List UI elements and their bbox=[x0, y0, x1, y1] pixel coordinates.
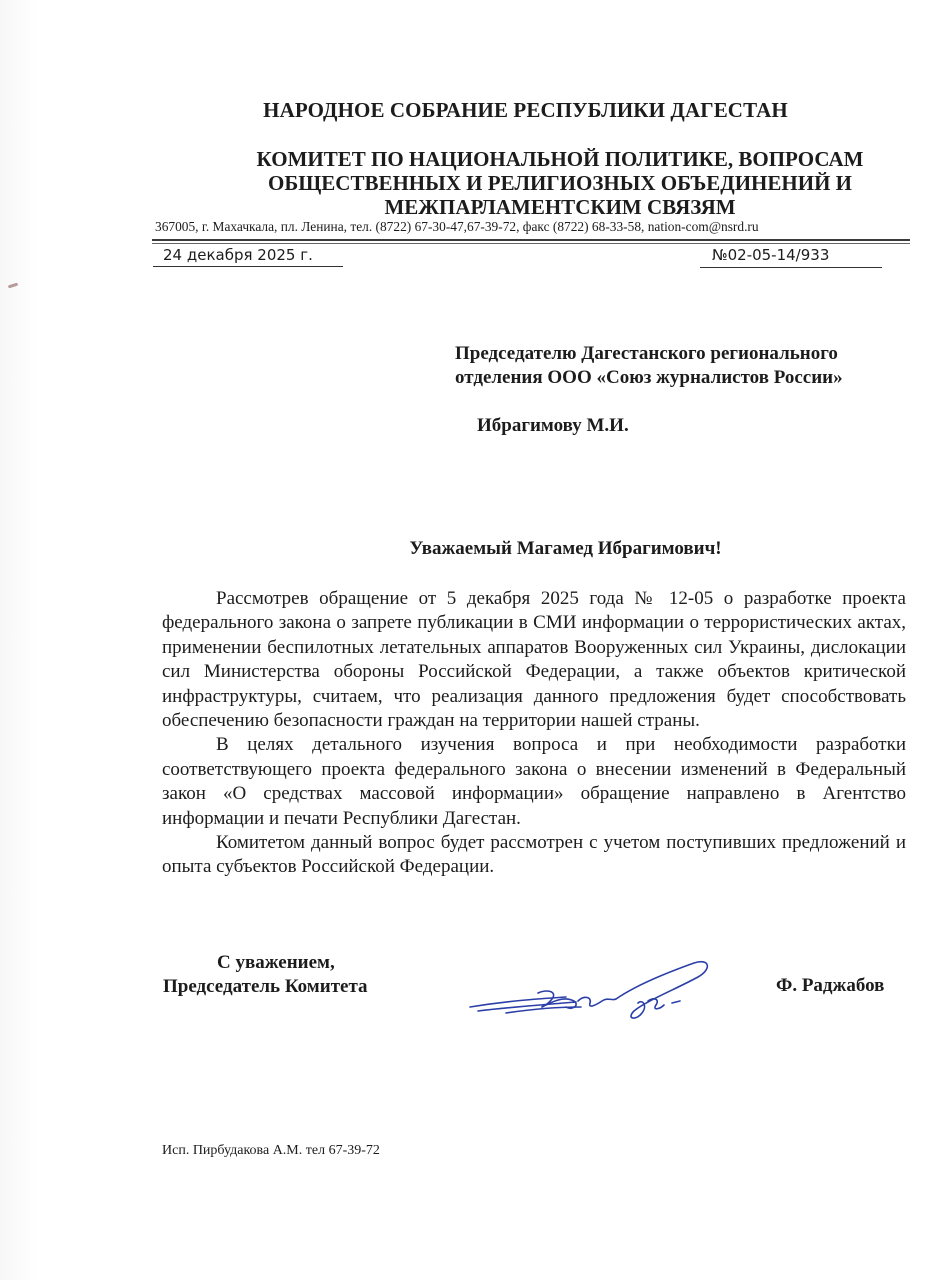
letterhead-divider-thin bbox=[152, 243, 910, 244]
committee-line: МЕЖПАРЛАМЕНТСКИМ СВЯЗЯМ bbox=[230, 195, 890, 219]
signer-position: Председатель Комитета bbox=[163, 975, 368, 999]
letterhead-divider bbox=[152, 239, 910, 241]
signature-icon bbox=[466, 955, 716, 1025]
closing-regards: С уважением, bbox=[163, 951, 368, 975]
addressee-line: Председателю Дагестанского регионального bbox=[455, 342, 843, 366]
executor-info: Исп. Пирбудакова А.М. тел 67-39-72 bbox=[162, 1143, 380, 1159]
document-date: 24 декабря 2025 г. bbox=[153, 246, 343, 267]
signer-name: Ф. Раджабов bbox=[776, 975, 884, 997]
addressee-line: отделения ООО «Союз журналистов России» bbox=[455, 366, 843, 390]
organization-title: НАРОДНОЕ СОБРАНИЕ РЕСПУБЛИКИ ДАГЕСТАН bbox=[0, 98, 931, 123]
committee-title: КОМИТЕТ ПО НАЦИОНАЛЬНОЙ ПОЛИТИКЕ, ВОПРОС… bbox=[230, 147, 890, 219]
closing-block: С уважением, Председатель Комитета bbox=[163, 951, 368, 999]
document-number: №02-05-14/933 bbox=[700, 246, 882, 268]
letterhead-address: 367005, г. Махачкала, пл. Ленина, тел. (… bbox=[155, 219, 759, 235]
salutation: Уважаемый Магамед Ибрагимович! bbox=[0, 538, 931, 560]
body-paragraph: В целях детального изучения вопроса и пр… bbox=[162, 733, 906, 831]
letter-body: Рассмотрев обращение от 5 декабря 2025 г… bbox=[162, 587, 906, 880]
body-paragraph: Комитетом данный вопрос будет рассмотрен… bbox=[162, 831, 906, 880]
committee-line: ОБЩЕСТВЕННЫХ И РЕЛИГИОЗНЫХ ОБЪЕДИНЕНИЙ И bbox=[230, 171, 890, 195]
body-paragraph: Рассмотрев обращение от 5 декабря 2025 г… bbox=[162, 587, 906, 733]
addressee-name: Ибрагимову М.И. bbox=[477, 415, 629, 437]
scan-page-edge bbox=[0, 0, 38, 1280]
committee-line: КОМИТЕТ ПО НАЦИОНАЛЬНОЙ ПОЛИТИКЕ, ВОПРОС… bbox=[230, 147, 890, 171]
addressee-block: Председателю Дагестанского регионального… bbox=[455, 342, 843, 390]
